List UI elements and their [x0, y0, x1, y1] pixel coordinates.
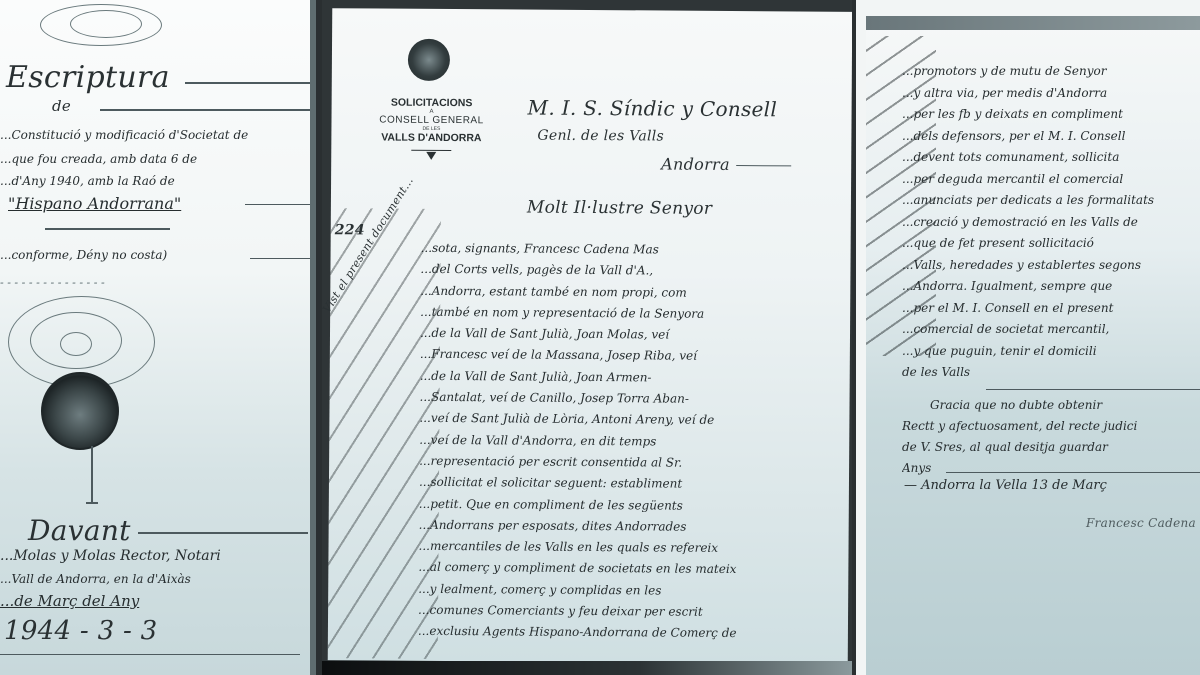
body-line: ...devent tots comunament, sollicita — [902, 150, 1200, 172]
letterhead: SOLICITACIONS A CONSELL GENERAL DE LES V… — [361, 96, 501, 160]
body-line: ...Francesc veí de la Massana, Josep Rib… — [420, 347, 850, 371]
letterhead-rule — [411, 150, 451, 151]
body-line: ...sota, signants, Francesc Cadena Mas — [421, 241, 851, 265]
seal-stem-base — [86, 502, 98, 504]
body-line: ...exclusiu Agents Hispano-Andorrana de … — [418, 624, 848, 648]
body-line: ...que fou creada, amb data 6 de — [0, 152, 197, 166]
closing-line: Gracia que no dubte obtenir — [902, 398, 1200, 419]
body-line: ...Santalat, veí de Canillo, Josep Torra… — [419, 390, 849, 414]
recipient-line: Genl. de les Valls — [537, 128, 664, 145]
body-line: ...Constitució y modificació d'Societat … — [0, 128, 248, 142]
divider — [250, 258, 310, 259]
page-edge — [310, 0, 316, 675]
letterhead-ornament-icon — [426, 152, 436, 160]
body-line: ...petit. Que en compliment de les següe… — [419, 496, 849, 520]
dash-line: - - - - - - - - - - - - - - - — [0, 276, 105, 289]
body-line: ...representació per escrit consentida a… — [419, 454, 849, 478]
document-page-left: Escriptura de ...Constitució y modificac… — [0, 0, 316, 675]
seal-stem — [91, 446, 93, 502]
body-line: ...veí de Sant Julià de Lòria, Antoni Ar… — [419, 411, 849, 435]
document-page-right: ...promotors y de mutu de Senyor ...y al… — [856, 0, 1200, 675]
body-line: ...Andorrans per esposats, dites Andorra… — [419, 518, 849, 542]
notary-line: ...Molas y Molas Rector, Notari — [0, 548, 221, 564]
body-line: ...per el M. I. Consell en el present — [902, 301, 1200, 323]
body-line: ...y altra via, per medis d'Andorra — [902, 86, 1200, 108]
letter-sheet: ...promotors y de mutu de Senyor ...y al… — [866, 16, 1200, 675]
letterhead-line: VALLS D'ANDORRA — [361, 131, 501, 144]
recipient-rule — [736, 165, 791, 166]
body-line: ...veí de la Vall d'Andorra, en dit temp… — [419, 432, 849, 456]
body-line: ...del Corts vells, pagès de la Vall d'A… — [420, 262, 850, 286]
divider — [45, 228, 170, 230]
letter-body: ...sota, signants, Francesc Cadena Mas .… — [418, 241, 851, 649]
document-subtitle: de — [52, 97, 71, 115]
body-line: ...y lealment, comerç y complidas en les — [418, 582, 848, 606]
divider — [245, 204, 310, 205]
body-line: ...d'Any 1940, amb la Raó de — [0, 174, 175, 188]
document-title: Escriptura — [6, 60, 170, 95]
divider — [946, 472, 1200, 473]
body-line: ...Andorra, estant també en nom propi, c… — [420, 283, 850, 307]
letter-sheet: SOLICITACIONS A CONSELL GENERAL DE LES V… — [328, 8, 852, 664]
body-line: ...per les fb y deixats en compliment — [902, 107, 1200, 129]
letterhead-line: SOLICITACIONS — [362, 96, 502, 109]
page-shadow — [866, 16, 1200, 30]
body-line: ...que de fet present sollicitació — [902, 236, 1200, 258]
closing-line: de V. Sres, al qual desitja guardar — [902, 440, 1200, 461]
document-page-center: SOLICITACIONS A CONSELL GENERAL DE LES V… — [322, 0, 852, 675]
note-line: ...conforme, Dény no costa) — [0, 248, 167, 262]
body-line: ...al comerç y compliment de societats e… — [418, 560, 848, 584]
body-line: ...mercantiles de les Valls en les quals… — [418, 539, 848, 563]
letterhead-line: CONSELL GENERAL — [361, 114, 501, 126]
body-line: de les Valls — [902, 365, 1200, 387]
decorative-flourish-icon — [60, 332, 92, 356]
body-line: ...y que puguin, tenir el domicili — [902, 344, 1200, 366]
notary-heading: Davant — [28, 514, 131, 547]
body-line: ...de la Vall de Sant Julià, Joan Molas,… — [420, 326, 850, 350]
notary-line: ...de Març del Any — [0, 592, 139, 610]
body-line: ...per deguda mercantil el comercial — [902, 172, 1200, 194]
title-rule — [185, 82, 310, 84]
closing-line: Rectt y afectuosament, del recte judici — [902, 419, 1200, 440]
coat-of-arms-icon — [408, 39, 450, 81]
body-line: ...sollicitat el solicitar seguent: esta… — [419, 475, 849, 499]
body-line: ...comercial de societat mercantil, — [902, 322, 1200, 344]
notary-rule — [138, 532, 308, 534]
body-line: ...creació y demostració en les Valls de — [902, 215, 1200, 237]
body-line: ...comunes Comerciants y feu deixar per … — [418, 603, 848, 627]
divider — [986, 389, 1200, 390]
recipient-line: Andorra — [661, 154, 730, 173]
date-line: — Andorra la Vella 13 de Març — [904, 478, 1107, 493]
body-line: ...promotors y de mutu de Senyor — [902, 64, 1200, 86]
recipient-line: M. I. S. Síndic y Consell — [528, 96, 778, 122]
closing-rule — [0, 654, 300, 655]
body-line: ...dels defensors, per el M. I. Consell — [902, 129, 1200, 151]
body-line: ...Valls, heredades y establertes segons — [902, 258, 1200, 280]
notary-line: ...Vall de Andorra, en la d'Aixàs — [0, 572, 191, 586]
company-name: "Hispano Andorrana" — [8, 194, 181, 213]
closing-block: Gracia que no dubte obtenir Rectt y afec… — [902, 398, 1200, 482]
salutation: Molt Il·lustre Senyor — [527, 198, 712, 219]
body-line: ...Andorra. Igualment, sempre que — [902, 279, 1200, 301]
letter-body: ...promotors y de mutu de Senyor ...y al… — [902, 64, 1200, 387]
body-line: ...anunciats per dedicats a les formalit… — [902, 193, 1200, 215]
notary-date: 1944 - 3 - 3 — [4, 616, 157, 646]
page-shadow — [322, 661, 852, 675]
body-line: ...també en nom y representació de la Se… — [420, 305, 850, 329]
wax-seal-icon — [41, 372, 119, 450]
decorative-flourish-icon — [70, 10, 142, 38]
signature: Francesc Cadena — [1086, 516, 1196, 530]
subtitle-rule — [100, 109, 310, 111]
body-line: ...de la Vall de Sant Julià, Joan Armen- — [420, 369, 850, 393]
